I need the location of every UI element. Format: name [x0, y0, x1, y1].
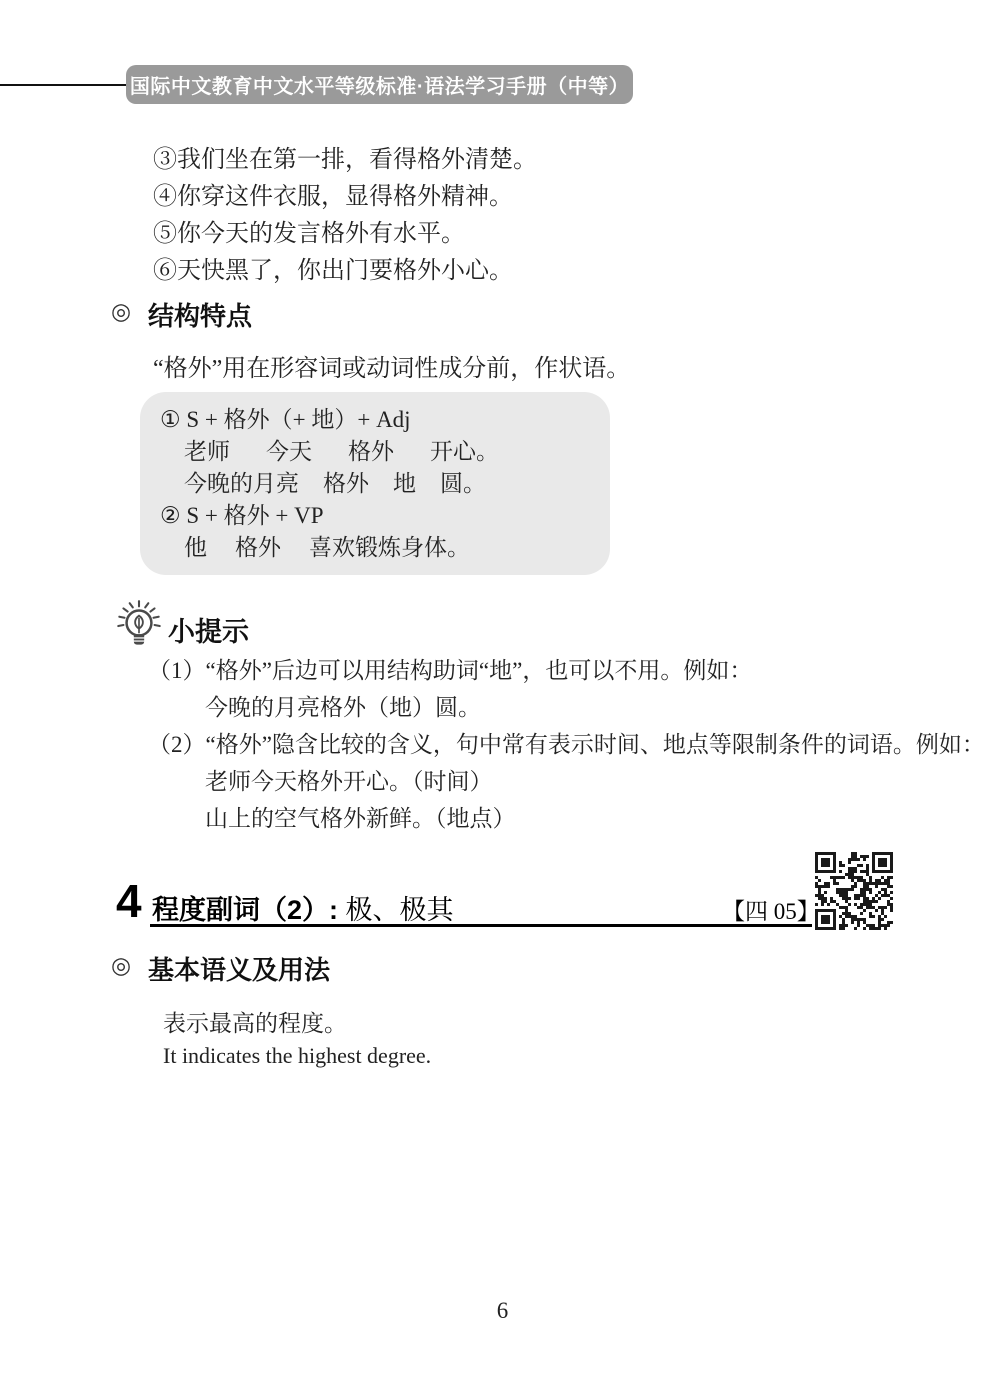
example-word: 格外 — [235, 533, 281, 563]
tip-example-sentence: 今晚的月亮格外（地）圆。 — [205, 693, 1005, 725]
section-title-semantics: 基本语义及用法 — [148, 950, 330, 987]
example-word: 圆。 — [440, 469, 486, 499]
pattern-example: 他格外喜欢锻炼身体。 — [184, 533, 470, 563]
example-word: 今晚的月亮 — [184, 469, 299, 499]
book-page: 国际中文教育中文水平等级标准·语法学习手册（中等） ③我们坐在第一排，看得格外清… — [0, 0, 1005, 1400]
example-word: 格外 — [348, 437, 394, 467]
pattern-example: 今晚的月亮格外地圆。 — [184, 469, 486, 499]
tip-title: 小提示 — [168, 610, 249, 649]
section-heading-words: 极、极其 — [346, 895, 454, 925]
page-number: 6 — [0, 1298, 1005, 1324]
example-sentence: ③我们坐在第一排，看得格外清楚。 — [153, 145, 853, 175]
running-header-title: 国际中文教育中文水平等级标准·语法学习手册（中等） — [130, 70, 629, 99]
tip-example-sentence: 山上的空气格外新鲜。（地点） — [205, 804, 1005, 836]
qr-code — [815, 852, 893, 930]
example-word: 开心。 — [430, 437, 499, 467]
structure-intro-text: “格外”用在形容词或动词性成分前，作状语。 — [153, 348, 853, 383]
section-heading: 程度副词（2）: 极、极其 — [152, 888, 454, 927]
example-word: 老师 — [184, 437, 230, 467]
semantics-chinese-text: 表示最高的程度。 — [163, 1005, 347, 1038]
example-word: 喜欢锻炼身体。 — [309, 533, 470, 563]
running-header: 国际中文教育中文水平等级标准·语法学习手册（中等） — [126, 65, 633, 104]
lightbulb-icon — [114, 596, 164, 654]
section-heading-main: 程度副词（2）: — [152, 895, 346, 925]
section-underline — [150, 924, 812, 927]
example-sentence: ④你穿这件衣服，显得格外精神。 — [153, 182, 853, 212]
example-word: 今天 — [266, 437, 312, 467]
section-reference-code: 【四 05】 — [722, 893, 820, 926]
example-sentence: ⑥天快黑了，你出门要格外小心。 — [153, 256, 853, 286]
example-sentence: ⑤你今天的发言格外有水平。 — [153, 219, 853, 249]
pattern-box: ① S + 格外（+ 地）+ Adj 老师今天格外开心。 今晚的月亮格外地圆。 … — [140, 392, 610, 575]
bullseye-marker-icon: ◎ — [111, 299, 139, 325]
example-word: 地 — [393, 469, 416, 499]
example-word: 他 — [184, 533, 207, 563]
tip-item-text: （1）“格外”后边可以用结构助词“地”，也可以不用。例如： — [148, 656, 968, 688]
example-word: 格外 — [323, 469, 369, 499]
tip-item-text: （2）“格外”隐含比较的含义，句中常有表示时间、地点等限制条件的词语。例如： — [148, 730, 968, 762]
section-title-structure: 结构特点 — [148, 296, 252, 333]
tip-example-sentence: 老师今天格外开心。（时间） — [205, 767, 1005, 799]
pattern-formula: ① S + 格外（+ 地）+ Adj — [160, 405, 411, 435]
section-number: 4 — [116, 878, 142, 924]
header-rule-line — [0, 84, 127, 86]
pattern-example: 老师今天格外开心。 — [184, 437, 499, 467]
bullseye-marker-icon: ◎ — [111, 953, 139, 979]
semantics-english-text: It indicates the highest degree. — [163, 1043, 431, 1069]
pattern-formula: ② S + 格外 + VP — [160, 501, 324, 531]
